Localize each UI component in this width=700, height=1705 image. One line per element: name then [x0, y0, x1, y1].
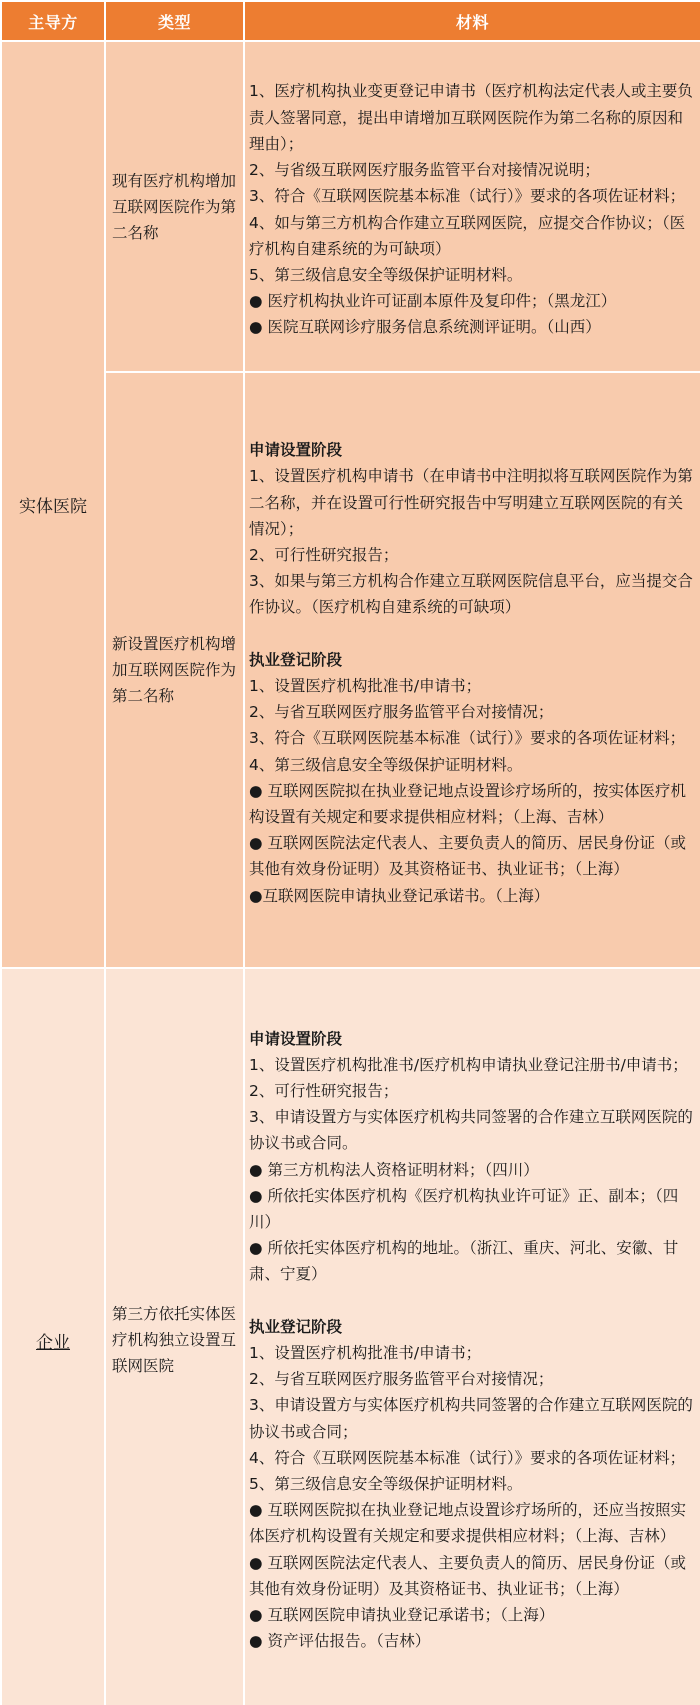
materials-cell: 1、医疗机构执业变更登记申请书（医疗机构法定代表人或主要负责人签署同意，提出申请…: [244, 41, 700, 372]
stage-title: 申请设置阶段: [249, 437, 694, 463]
type-cell: 现有医疗机构增加互联网医院作为第二名称: [105, 41, 244, 372]
material-line: 4、第三级信息安全等级保护证明材料。: [249, 752, 694, 778]
materials-cell: 申请设置阶段 1、设置医疗机构申请书（在申请书中注明拟将互联网医院作为第二名称，…: [244, 372, 700, 968]
material-line: 1、设置医疗机构批准书/申请书；: [249, 673, 694, 699]
header-type: 类型: [105, 1, 244, 41]
stage-title: 执业登记阶段: [249, 1314, 694, 1340]
material-line: ● 互联网医院拟在执业登记地点设置诊疗场所的，还应当按照实体医疗机构设置有关规定…: [249, 1497, 694, 1549]
header-leader: 主导方: [1, 1, 105, 41]
material-line: 3、申请设置方与实体医疗机构共同签署的合作建立互联网医院的协议书或合同。: [249, 1104, 694, 1156]
material-line: ● 所依托实体医疗机构《医疗机构执业许可证》正、副本；（四川）: [249, 1183, 694, 1235]
table-row: 新设置医疗机构增加互联网医院作为第二名称 申请设置阶段 1、设置医疗机构申请书（…: [1, 372, 700, 968]
material-line: 3、申请设置方与实体医疗机构共同签署的合作建立互联网医院的协议书或合同；: [249, 1392, 694, 1444]
material-line: ● 资产评估报告。（吉林）: [249, 1628, 694, 1654]
spacer: [249, 1288, 694, 1314]
material-line: 3、如果与第三方机构合作建立互联网医院信息平台，应当提交合作协议。（医疗机构自建…: [249, 568, 694, 620]
material-line: ● 医院互联网诊疗服务信息系统测评证明。（山西）: [249, 314, 694, 340]
material-line: 2、与省级互联网医疗服务监管平台对接情况说明；: [249, 157, 694, 183]
type-cell: 第三方依托实体医疗机构独立设置互联网医院: [105, 968, 244, 1705]
materials-table: 主导方 类型 材料 实体医院 现有医疗机构增加互联网医院作为第二名称 1、医疗机…: [0, 0, 700, 1705]
material-line: ● 互联网医院申请执业登记承诺书；（上海）: [249, 1602, 694, 1628]
material-line: 1、设置医疗机构批准书/申请书；: [249, 1340, 694, 1366]
material-line: 5、第三级信息安全等级保护证明材料。: [249, 262, 694, 288]
material-line: 3、符合《互联网医院基本标准（试行）》要求的各项佐证材料；: [249, 183, 694, 209]
material-line: 3、符合《互联网医院基本标准（试行）》要求的各项佐证材料；: [249, 725, 694, 751]
material-line: 4、如与第三方机构合作建立互联网医院，应提交合作协议；（医疗机构自建系统的为可缺…: [249, 210, 694, 262]
header-row: 主导方 类型 材料: [1, 1, 700, 41]
material-line: 2、与省互联网医疗服务监管平台对接情况；: [249, 699, 694, 725]
material-line: 1、设置医疗机构申请书（在申请书中注明拟将互联网医院作为第二名称，并在设置可行性…: [249, 463, 694, 542]
table-row: 实体医院 现有医疗机构增加互联网医院作为第二名称 1、医疗机构执业变更登记申请书…: [1, 41, 700, 372]
material-line: 4、符合《互联网医院基本标准（试行）》要求的各项佐证材料；: [249, 1445, 694, 1471]
material-line: ● 互联网医院拟在执业登记地点设置诊疗场所的，按实体医疗机构设置有关规定和要求提…: [249, 778, 694, 830]
material-line: ● 所依托实体医疗机构的地址。（浙江、重庆、河北、安徽、甘肃、宁夏）: [249, 1235, 694, 1287]
leader-cell: 企业: [1, 968, 105, 1705]
material-line: 1、设置医疗机构批准书/医疗机构申请执业登记注册书/申请书；: [249, 1052, 694, 1078]
stage-title: 申请设置阶段: [249, 1026, 694, 1052]
material-line: ● 互联网医院法定代表人、主要负责人的简历、居民身份证（或其他有效身份证明）及其…: [249, 1550, 694, 1602]
leader-cell: 实体医院: [1, 41, 105, 968]
material-line: ● 第三方机构法人资格证明材料；（四川）: [249, 1157, 694, 1183]
material-line: 1、医疗机构执业变更登记申请书（医疗机构法定代表人或主要负责人签署同意，提出申请…: [249, 78, 694, 157]
material-line: 5、第三级信息安全等级保护证明材料。: [249, 1471, 694, 1497]
header-materials: 材料: [244, 1, 700, 41]
material-line: 2、与省互联网医疗服务监管平台对接情况；: [249, 1366, 694, 1392]
material-line: ● 医疗机构执业许可证副本原件及复印件；（黑龙江）: [249, 288, 694, 314]
material-line: ● 互联网医院法定代表人、主要负责人的简历、居民身份证（或其他有效身份证明）及其…: [249, 830, 694, 882]
stage-title: 执业登记阶段: [249, 647, 694, 673]
material-line: 2、可行性研究报告；: [249, 1078, 694, 1104]
materials-cell: 申请设置阶段 1、设置医疗机构批准书/医疗机构申请执业登记注册书/申请书； 2、…: [244, 968, 700, 1705]
material-line: ●互联网医院申请执业登记承诺书。（上海）: [249, 883, 694, 909]
spacer: [249, 621, 694, 647]
leader-label: 企业: [36, 1333, 70, 1353]
table-row: 企业 第三方依托实体医疗机构独立设置互联网医院 申请设置阶段 1、设置医疗机构批…: [1, 968, 700, 1705]
type-cell: 新设置医疗机构增加互联网医院作为第二名称: [105, 372, 244, 968]
material-line: 2、可行性研究报告；: [249, 542, 694, 568]
